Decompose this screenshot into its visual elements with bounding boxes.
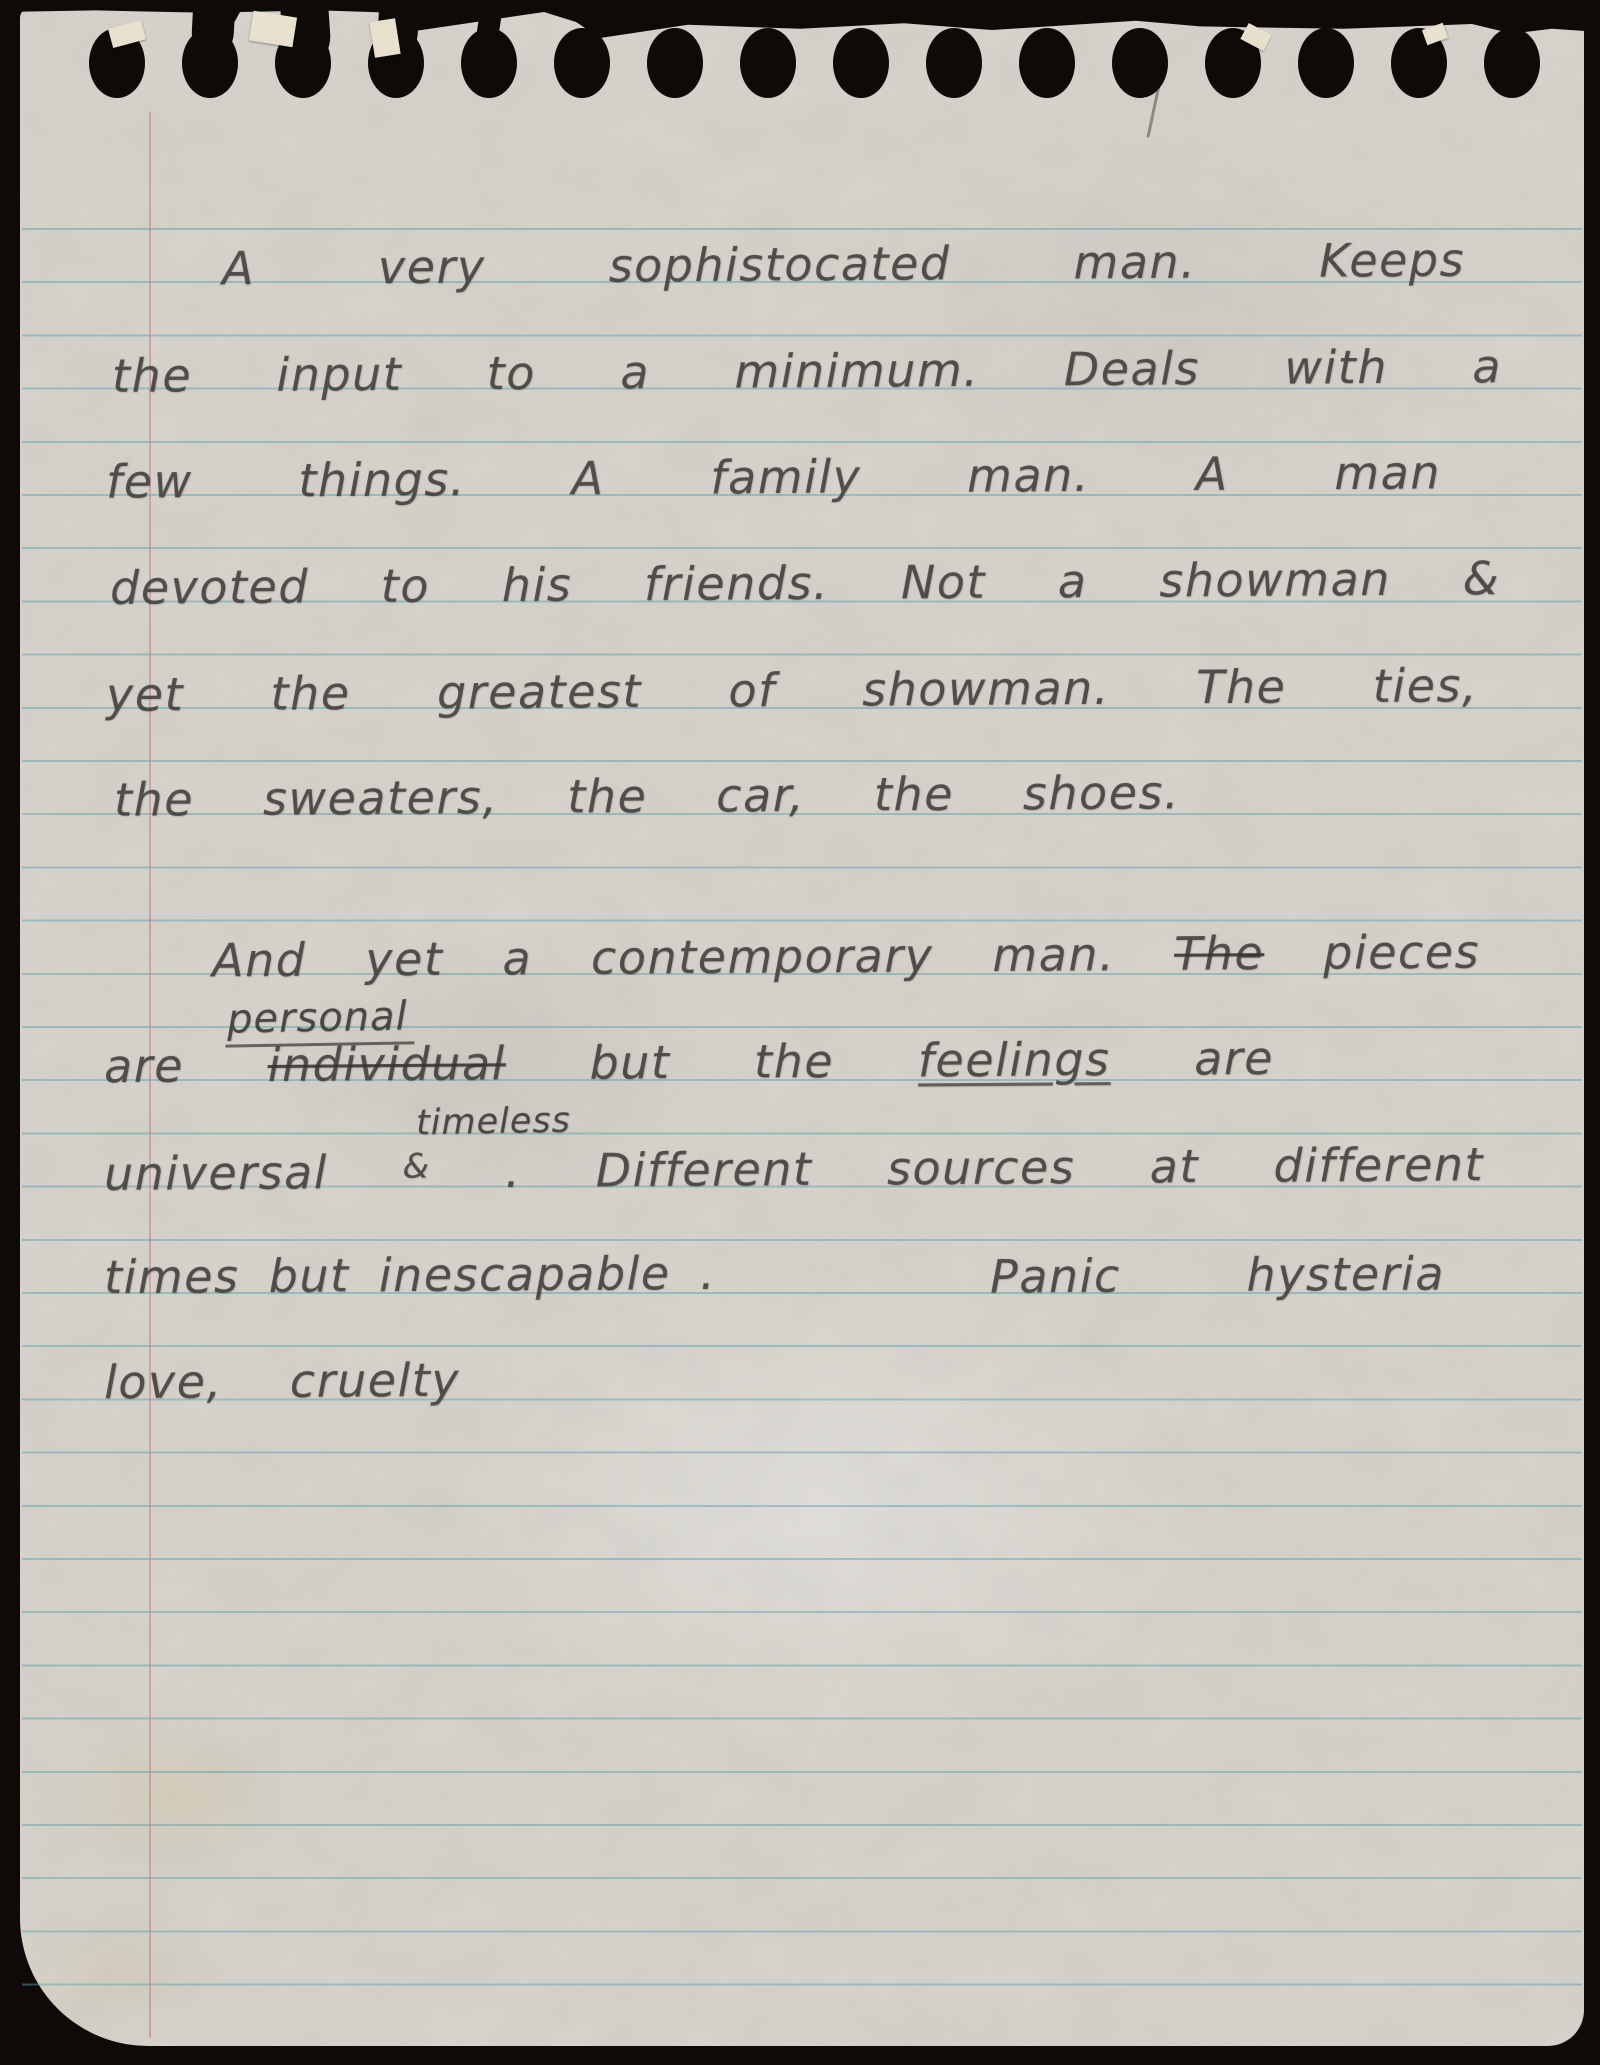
handwritten-line-3: few things. A family man. A man	[106, 447, 1441, 507]
line8-text-end: are	[1194, 1031, 1274, 1086]
binding-hole	[1298, 28, 1354, 98]
binding-hole	[647, 28, 703, 98]
handwritten-line-6: the sweaters, the car, the shoes.	[114, 767, 1180, 825]
handwritten-line-9: universal & . Different sources at diffe…	[104, 1139, 1484, 1199]
line9-text: universal	[104, 1145, 328, 1201]
binding-hole	[926, 28, 982, 98]
line9-text-end: . Different sources at different	[505, 1137, 1484, 1198]
struck-word: The	[1174, 926, 1264, 981]
inserted-word-personal: personal	[225, 993, 415, 1047]
binding-hole	[740, 28, 796, 98]
handwritten-line-2: the input to a minimum. Deals with a	[112, 341, 1502, 401]
handwritten-line-1: A very sophistocated man. Keeps	[222, 235, 1465, 294]
inserted-word-timeless: timeless	[416, 1101, 571, 1144]
line7-text: And yet a contemporary man.	[212, 927, 1115, 987]
binding-hole	[1484, 28, 1540, 98]
underlined-word: feelings	[918, 1032, 1111, 1087]
handwritten-line-10b: Panic hysteria	[990, 1248, 1445, 1302]
handwritten-line-11: love, cruelty	[104, 1355, 460, 1408]
insertion-caret: &	[402, 1147, 430, 1187]
scanned-notebook-page: A very sophistocated man. Keeps the inpu…	[0, 0, 1600, 2065]
handwritten-line-7: And yet a contemporary man. The pieces	[212, 927, 1480, 986]
handwritten-line-10a: times but inescapable .	[104, 1248, 716, 1303]
binding-hole	[833, 28, 889, 98]
line8-text: are	[104, 1039, 184, 1094]
binding-hole	[1112, 28, 1168, 98]
handwritten-line-4: devoted to his friends. Not a showman &	[110, 553, 1500, 613]
binding-hole	[554, 28, 610, 98]
tape-scrap	[369, 18, 400, 58]
binding-hole	[1019, 28, 1075, 98]
handwritten-line-5: yet the greatest of showman. The ties,	[106, 660, 1478, 720]
line7-text-end: pieces	[1323, 925, 1480, 980]
line8-text-mid: but the	[589, 1034, 834, 1090]
